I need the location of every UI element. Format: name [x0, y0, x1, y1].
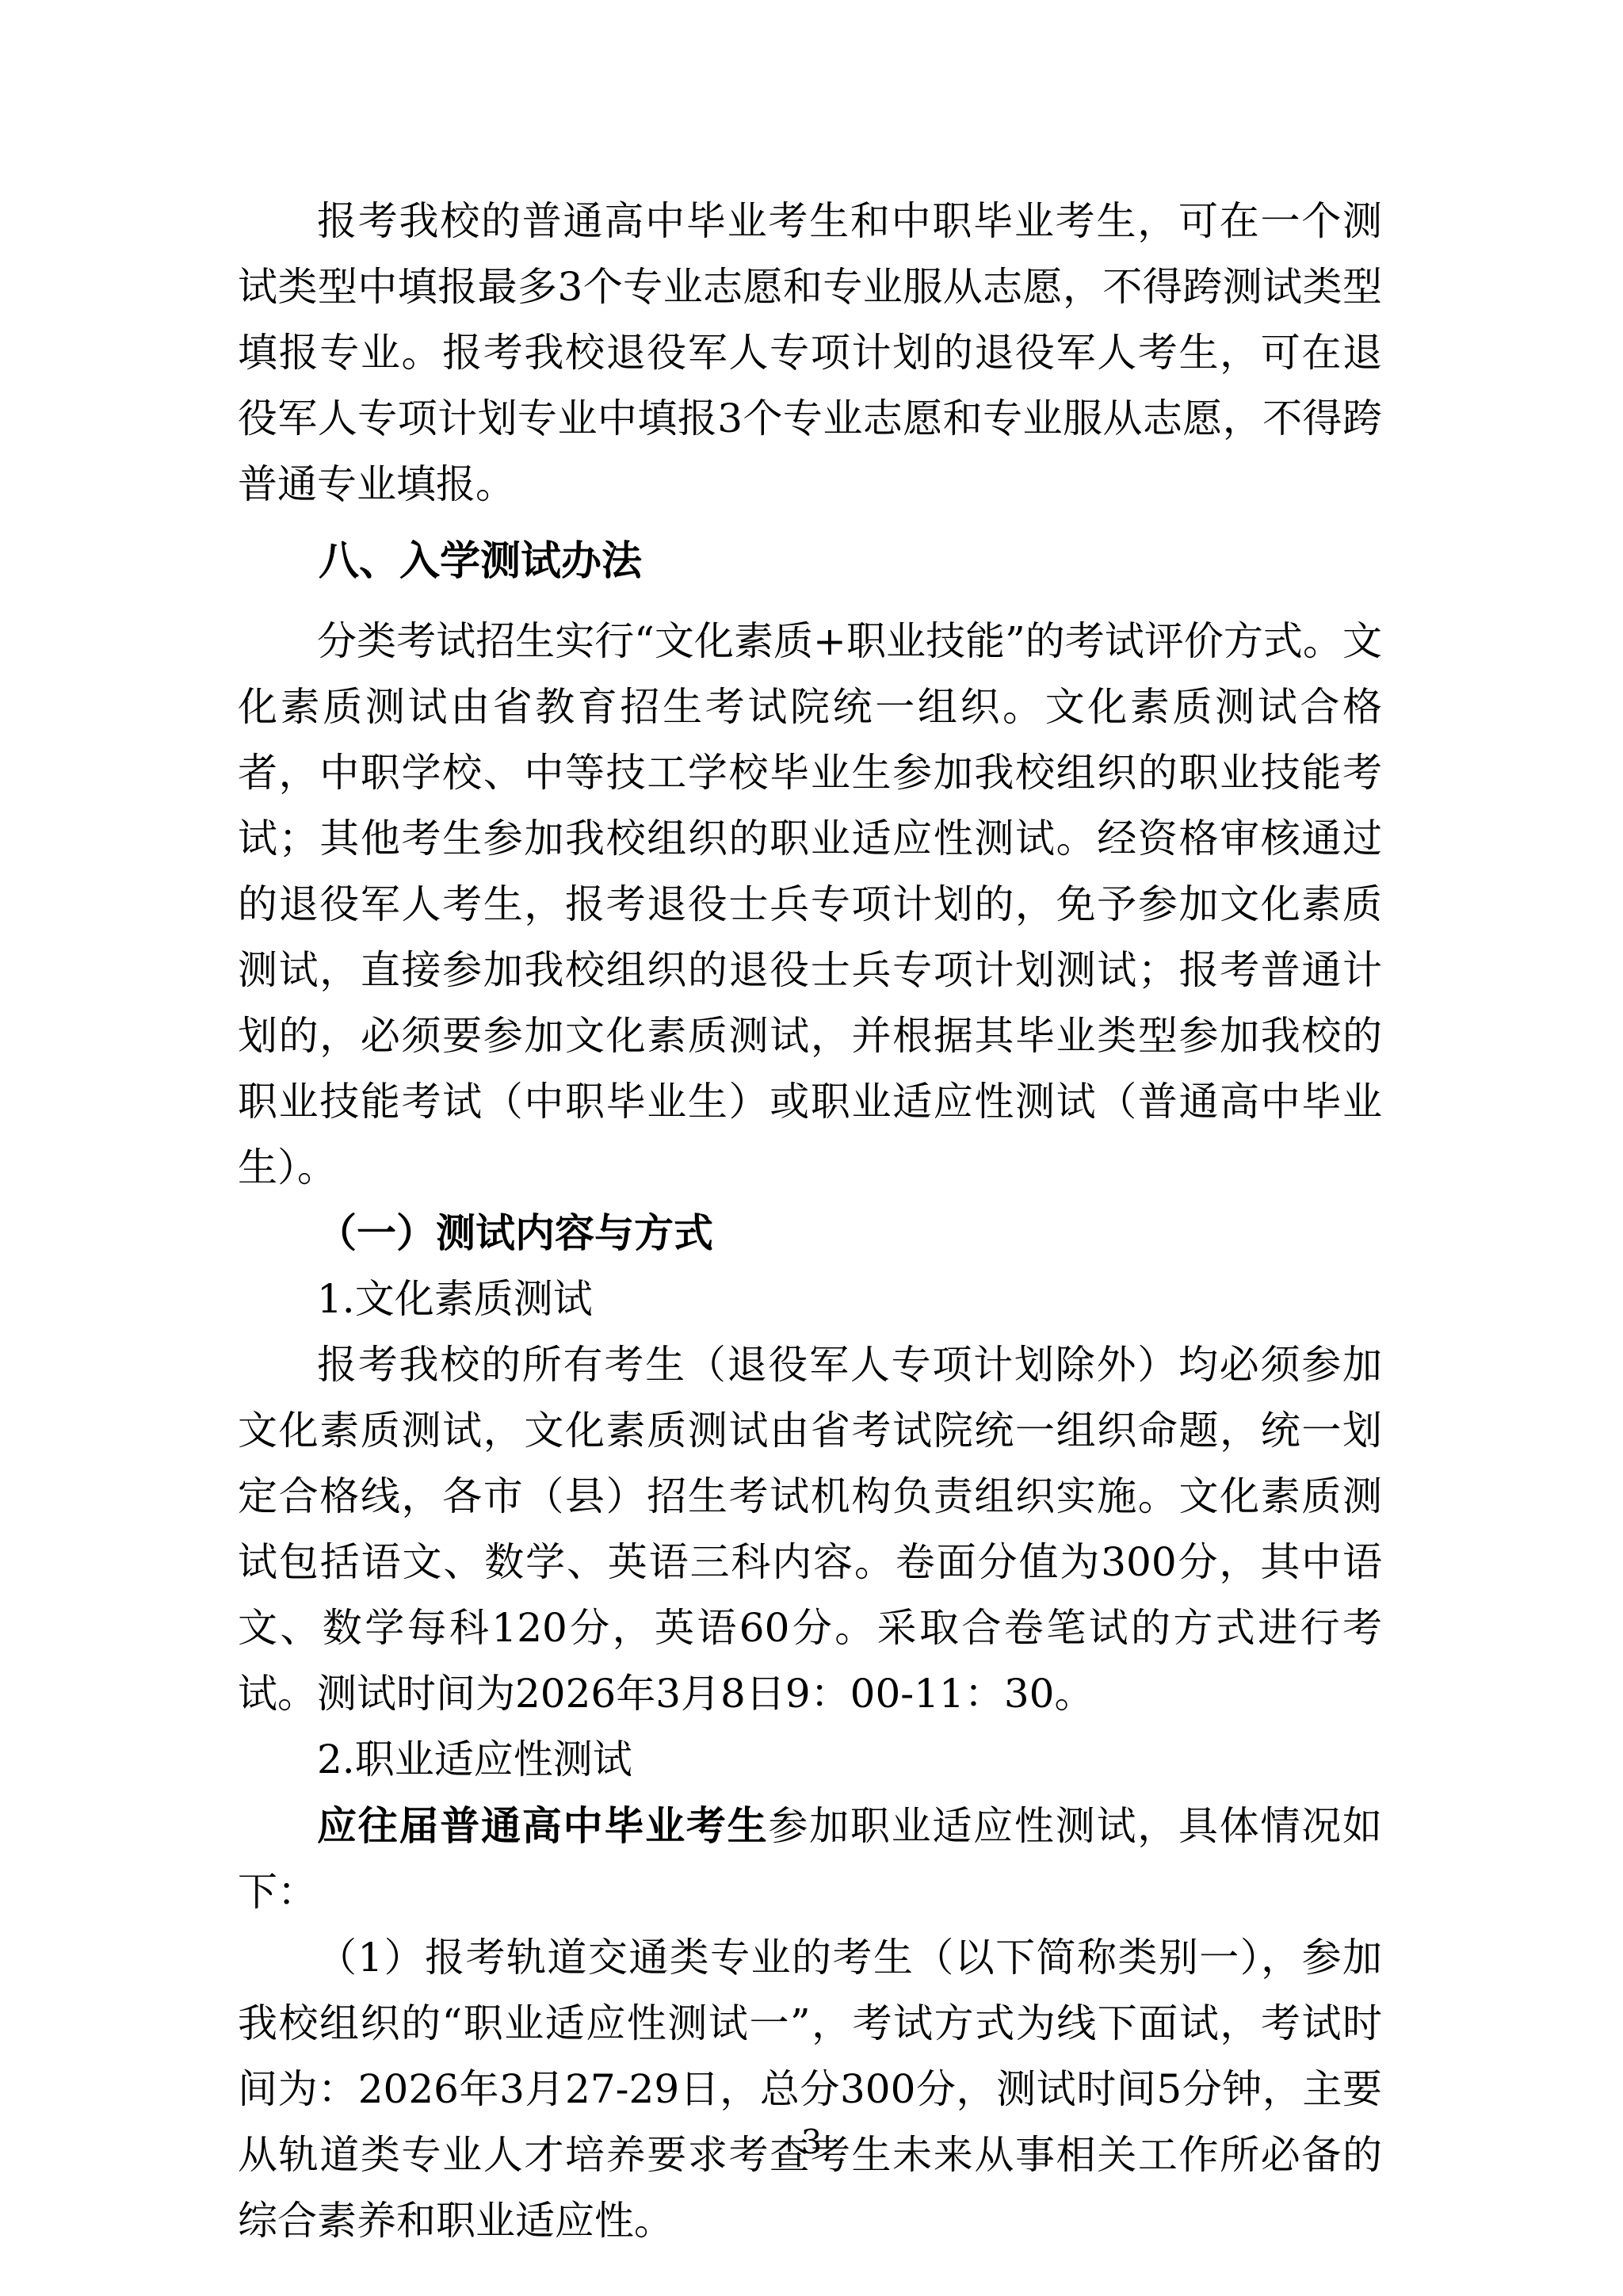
- document-page: 报考我校的普通高中毕业考生和中职毕业考生，可在一个测试类型中填报最多3个专业志愿…: [0, 0, 1623, 2296]
- bold-run-graduate-types: 应往届普通高中毕业考生: [317, 1802, 768, 1849]
- heading-sub-one-test-content: （一）测试内容与方式: [238, 1201, 1382, 1266]
- paragraph-volunteer-rules: 报考我校的普通高中毕业考生和中职毕业考生，可在一个测试类型中填报最多3个专业志愿…: [238, 189, 1382, 518]
- page-number: 3: [0, 2122, 1623, 2162]
- heading-section-eight: 八、入学测试办法: [238, 529, 1382, 594]
- paragraph-aptitude-test-lead: 应往届普通高中毕业考生参加职业适应性测试，具体情况如下：: [238, 1793, 1382, 1925]
- item-title-culture-test: 1.文化素质测试: [238, 1266, 1382, 1332]
- paragraph-culture-test-details: 报考我校的所有考生（退役军人专项计划除外）均必须参加文化素质测试，文化素质测试由…: [238, 1332, 1382, 1727]
- paragraph-category-one-details: （1）报考轨道交通类专业的考生（以下简称类别一），参加我校组织的“职业适应性测试…: [238, 1925, 1382, 2254]
- document-body: 报考我校的普通高中毕业考生和中职毕业考生，可在一个测试类型中填报最多3个专业志愿…: [238, 189, 1382, 2254]
- paragraph-test-method: 分类考试招生实行“文化素质+职业技能”的考试评价方式。文化素质测试由省教育招生考…: [238, 609, 1382, 1201]
- item-title-vocational-aptitude-test: 2.职业适应性测试: [238, 1727, 1382, 1793]
